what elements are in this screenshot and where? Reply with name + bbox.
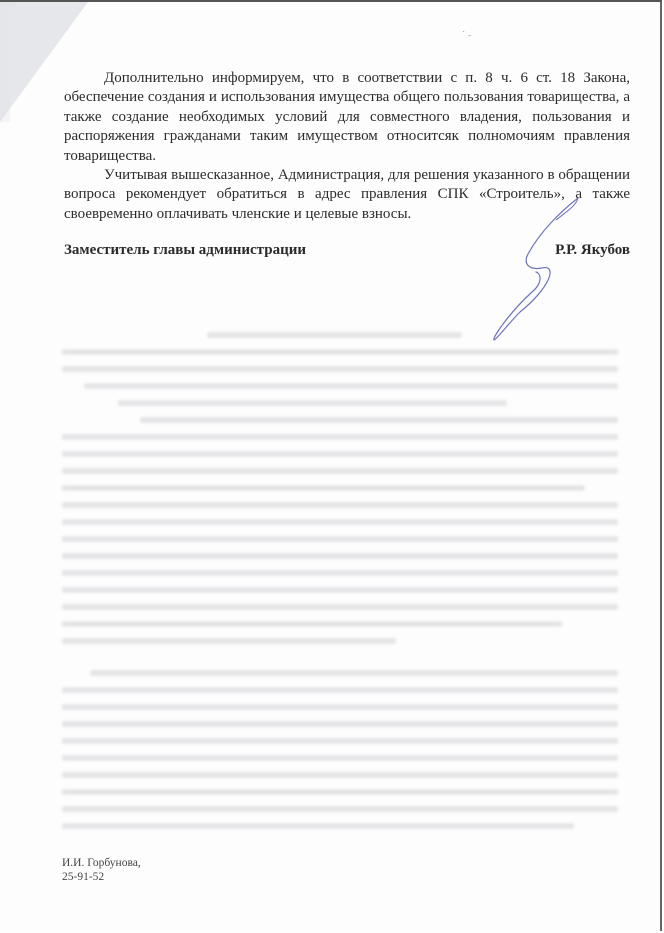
signatory-position: Заместитель главы администрации: [64, 242, 306, 259]
executor-name: И.И. Горбунова,: [62, 856, 141, 870]
scan-speck: ˙ ˗: [462, 30, 471, 41]
executor-info: И.И. Горбунова, 25-91-52: [62, 856, 141, 884]
executor-phone: 25-91-52: [62, 870, 141, 884]
paragraph-additional-info: Дополнительно информируем, что в соответ…: [64, 69, 630, 166]
scanned-letter-page: ˙ ˗ Дополнительно информируем, что: [0, 0, 662, 931]
show-through-text: [62, 332, 618, 892]
handwritten-signature-icon: [480, 192, 600, 342]
